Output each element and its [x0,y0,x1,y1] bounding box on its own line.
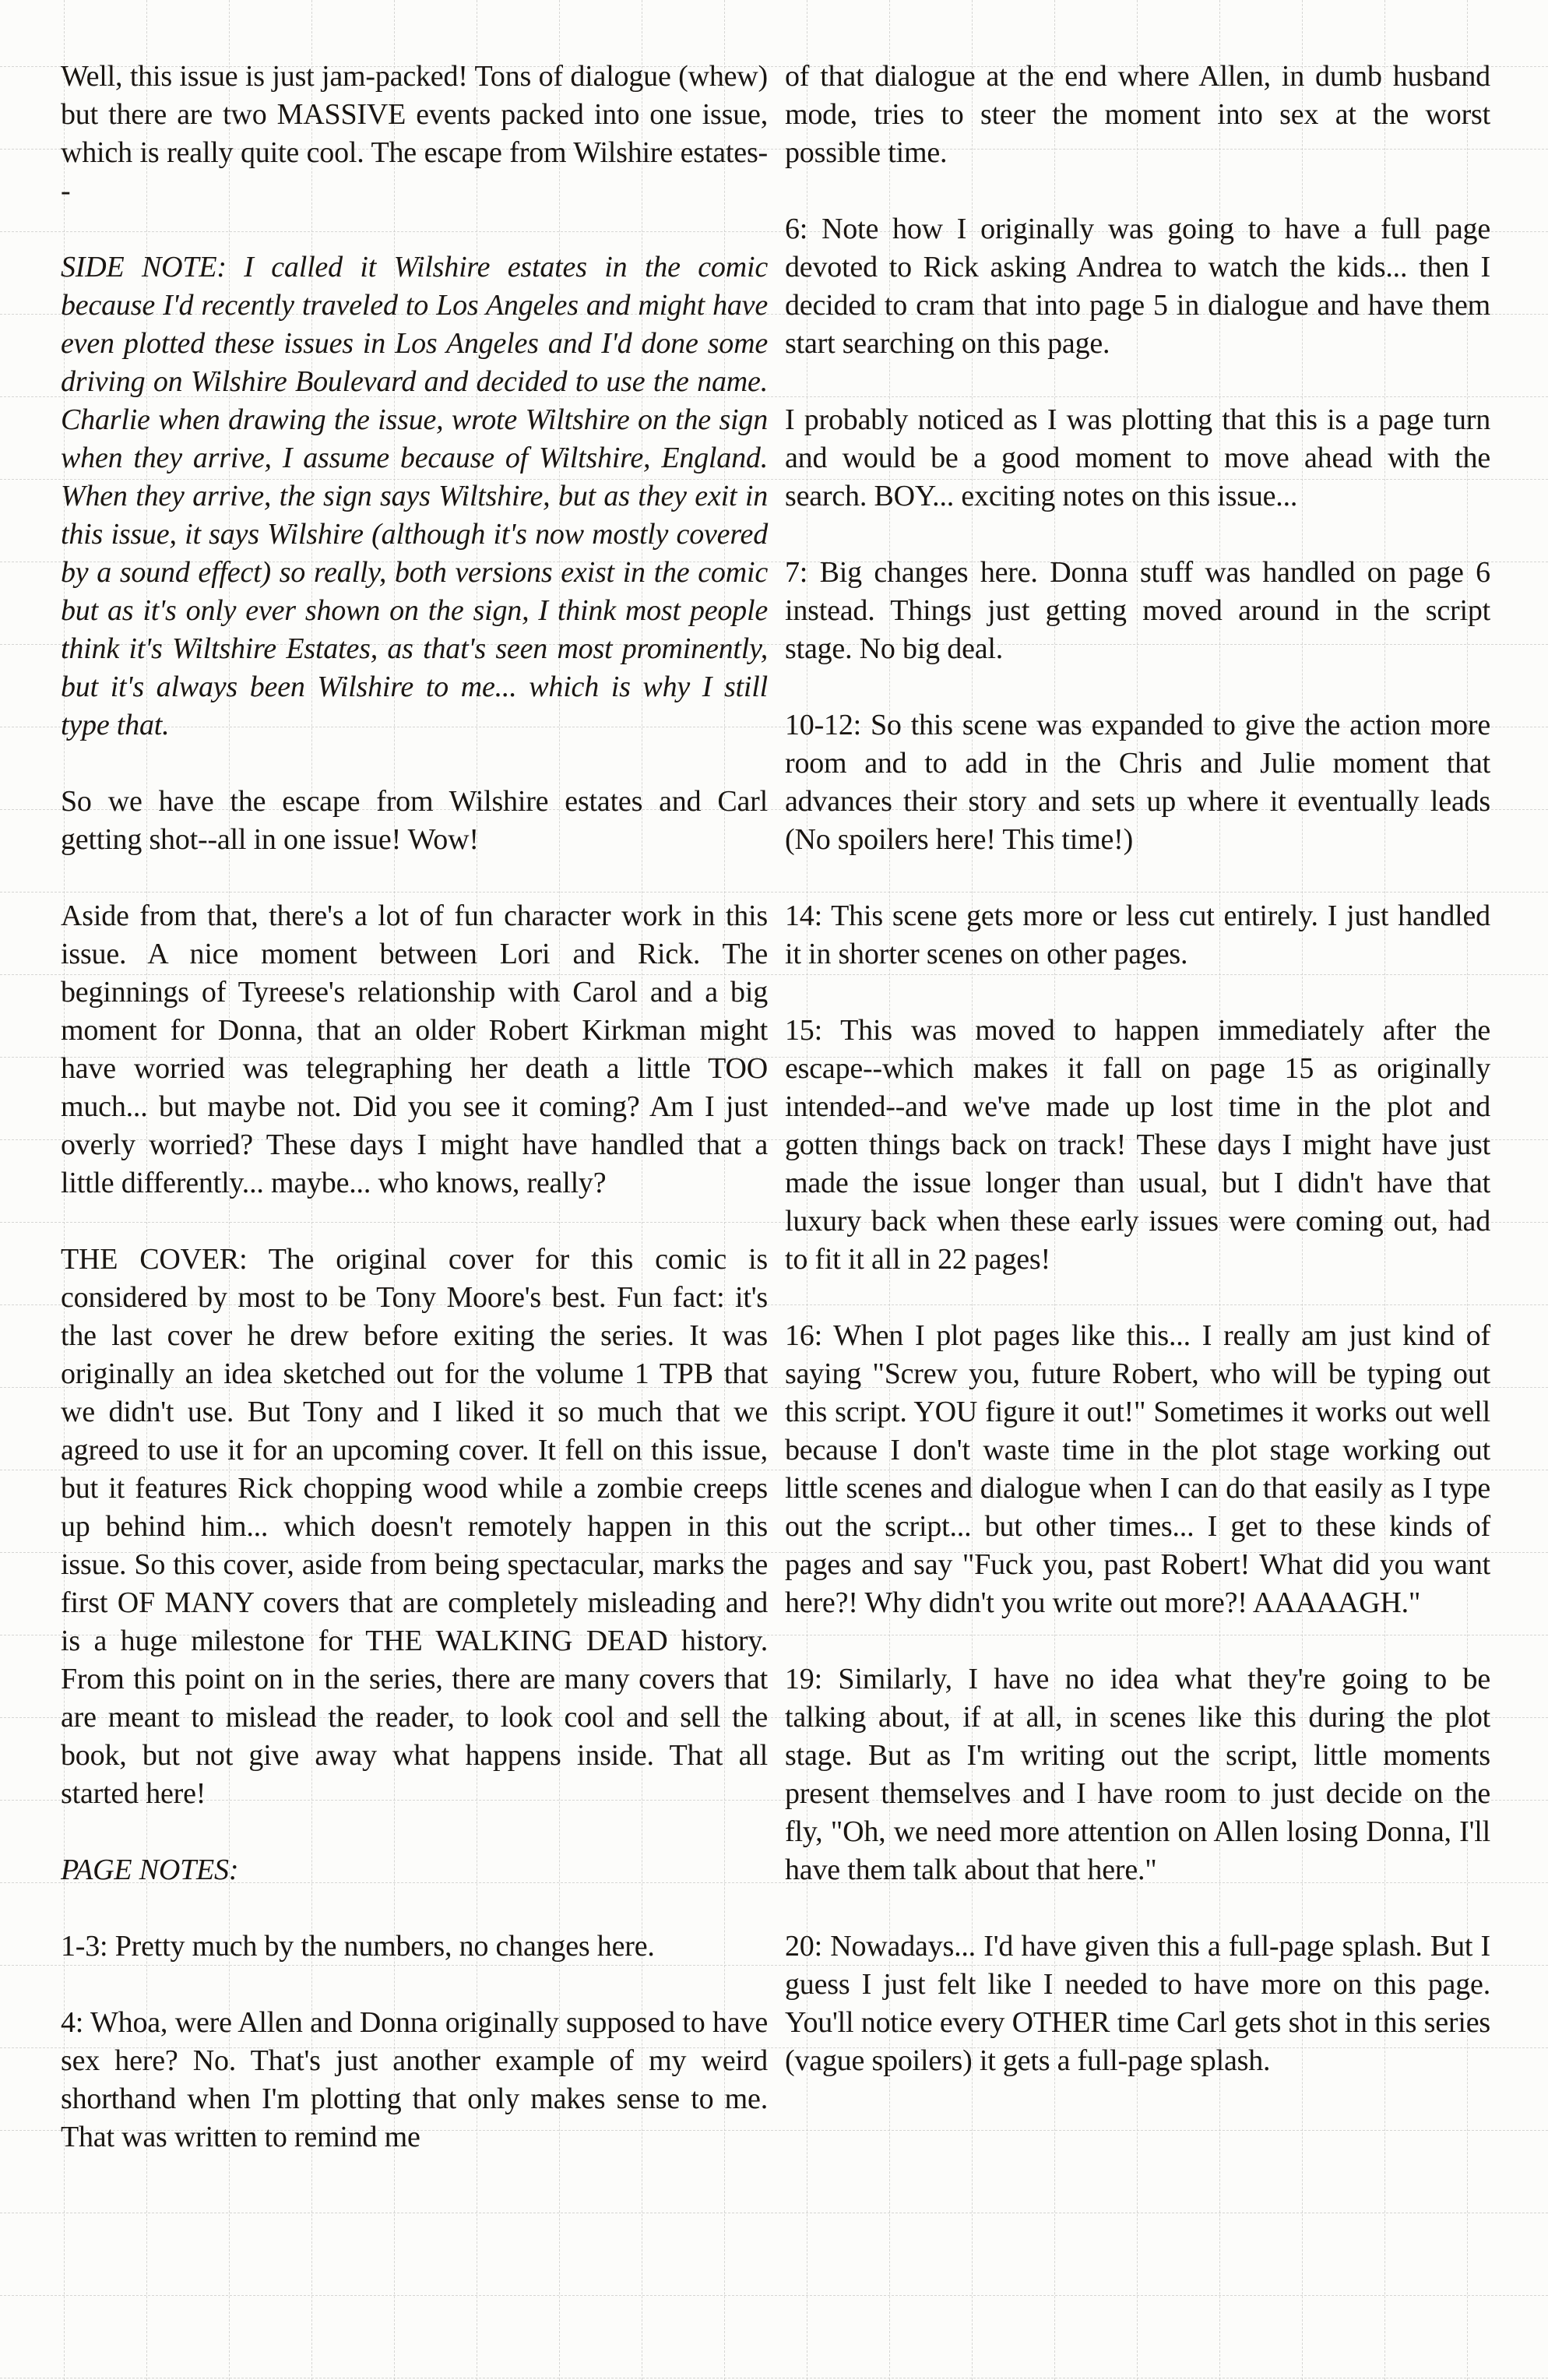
paragraph: THE COVER: The original cover for this c… [61,1241,768,1813]
paragraph: I probably noticed as I was plotting tha… [785,401,1490,516]
right-column: of that dialogue at the end where Allen,… [785,58,1490,2118]
grid-line-horizontal [0,2213,1548,2213]
paragraph: 19: Similarly, I have no idea what they'… [785,1660,1490,1889]
paragraph: 7: Big changes here. Donna stuff was han… [785,554,1490,668]
paragraph: 15: This was moved to happen immediately… [785,1012,1490,1279]
grid-line-horizontal [0,2378,1548,2378]
paragraph: So we have the escape from Wilshire esta… [61,783,768,859]
paragraph: 1-3: Pretty much by the numbers, no chan… [61,1928,768,1966]
paragraph: SIDE NOTE: I called it Wilshire estates … [61,248,768,745]
left-column: Well, this issue is just jam-packed! Ton… [61,58,768,2195]
paragraph: 14: This scene gets more or less cut ent… [785,897,1490,973]
paragraph: 4: Whoa, were Allen and Donna originally… [61,2004,768,2156]
paragraph: Well, this issue is just jam-packed! Ton… [61,58,768,210]
paragraph: 10-12: So this scene was expanded to giv… [785,706,1490,859]
grid-line-horizontal [0,2295,1548,2296]
paragraph: PAGE NOTES: [61,1851,768,1889]
paragraph: of that dialogue at the end where Allen,… [785,58,1490,172]
scanned-page: Well, this issue is just jam-packed! Ton… [0,0,1548,2380]
paragraph: 20: Nowadays... I'd have given this a fu… [785,1928,1490,2080]
paragraph: 6: Note how I originally was going to ha… [785,210,1490,363]
paragraph: Aside from that, there's a lot of fun ch… [61,897,768,1202]
paragraph: 16: When I plot pages like this... I rea… [785,1317,1490,1622]
